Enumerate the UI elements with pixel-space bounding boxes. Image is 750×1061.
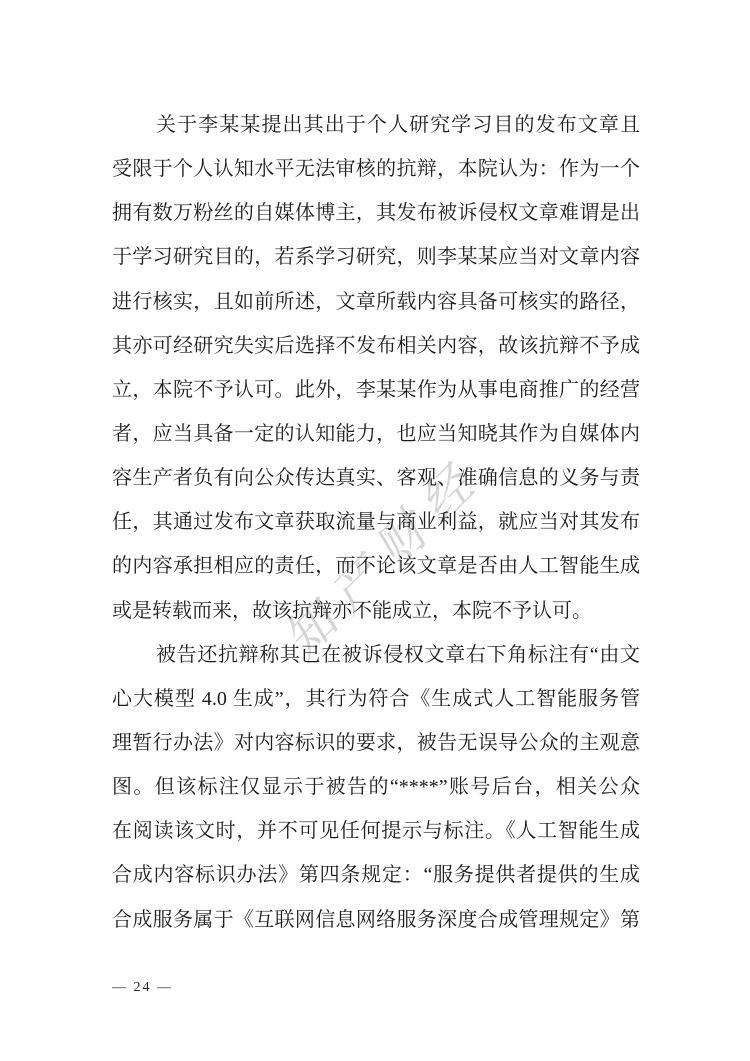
page-number: — 24 — [112, 980, 173, 996]
text-line: 的内容承担相应的责任，而不论该文章是否由人工智能生成 [112, 544, 640, 588]
text-line: 于学习研究目的，若系学习研究，则李某某应当对文章内容 [112, 235, 640, 279]
text-line: 图。但该标注仅显示于被告的“****”账号后台，相关公众 [112, 765, 640, 809]
text-line: 关于李某某提出其出于个人研究学习目的发布文章且 [112, 103, 640, 147]
text-line: 被告还抗辩称其已在被诉侵权文章右下角标注有“由文 [112, 633, 640, 677]
text-line: 在阅读该文时，并不可见任何提示与标注。《人工智能生成 [112, 809, 640, 853]
text-line: 容生产者负有向公众传达真实、客观、准确信息的义务与责 [112, 456, 640, 500]
text-line: 合成服务属于《互联网信息网络服务深度合成管理规定》第 [112, 898, 640, 942]
text-line: 其亦可经研究失实后选择不发布相关内容，故该抗辩不予成 [112, 324, 640, 368]
text-line: 或是转载而来，故该抗辩亦不能成立，本院不予认可。 [112, 589, 640, 633]
text-line: 理暂行办法》对内容标识的要求，被告无误导公众的主观意 [112, 721, 640, 765]
text-line: 受限于个人认知水平无法审核的抗辩，本院认为：作为一个 [112, 147, 640, 191]
text-line: 立，本院不予认可。此外，李某某作为从事电商推广的经营 [112, 368, 640, 412]
text-line: 者，应当具备一定的认知能力，也应当知晓其作为自媒体内 [112, 412, 640, 456]
document-page: 知产财经 关于李某某提出其出于个人研究学习目的发布文章且受限于个人认知水平无法审… [0, 0, 750, 1061]
text-line: 心大模型 4.0 生成”，其行为符合《生成式人工智能服务管 [112, 677, 640, 721]
text-line: 合成内容标识办法》第四条规定：“服务提供者提供的生成 [112, 853, 640, 897]
text-line: 任，其通过发布文章获取流量与商业利益，就应当对其发布 [112, 500, 640, 544]
text-line: 拥有数万粉丝的自媒体博主，其发布被诉侵权文章难谓是出 [112, 191, 640, 235]
document-content: 关于李某某提出其出于个人研究学习目的发布文章且受限于个人认知水平无法审核的抗辩，… [112, 103, 640, 942]
text-line: 进行核实，且如前所述，文章所载内容具备可核实的路径， [112, 280, 640, 324]
